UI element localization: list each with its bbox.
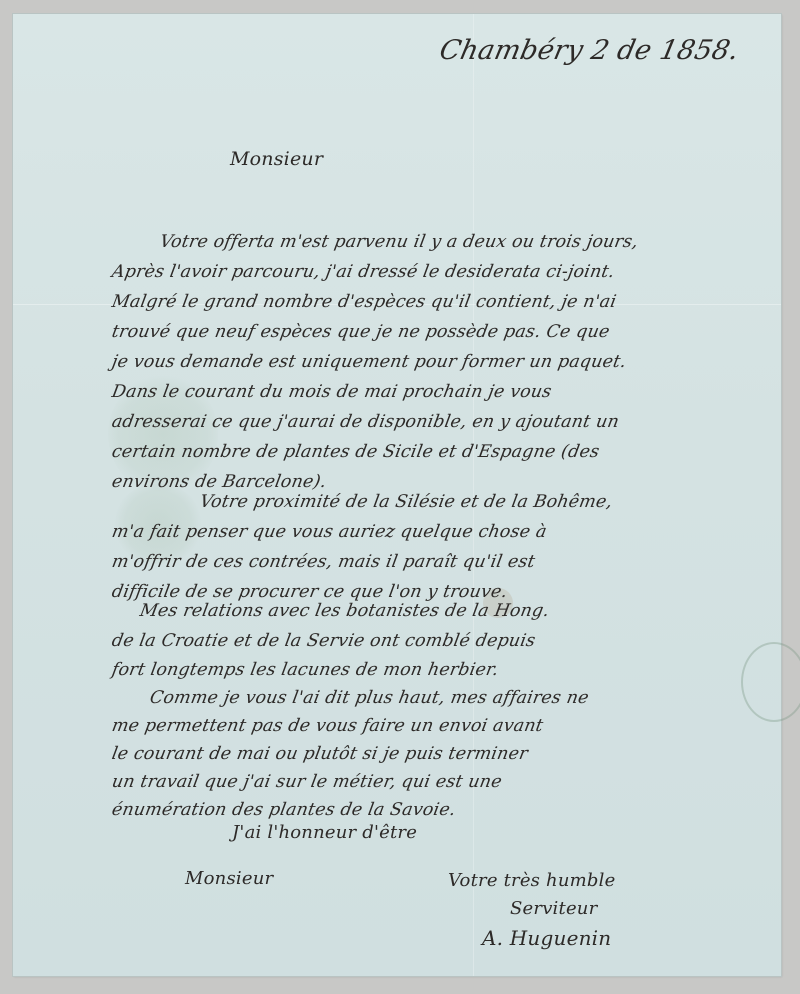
body-line: Malgré le grand nombre d'espèces qu'il c…: [110, 292, 618, 312]
body-line: Comme je vous l'ai dit plus haut, mes af…: [148, 688, 590, 708]
body-line: trouvé que neuf espèces que je ne possèd…: [110, 322, 611, 342]
body-line: Après l'avoir parcouru, j'ai dressé le d…: [110, 262, 616, 282]
body-line: environs de Barcelone).: [110, 472, 328, 492]
body-line: Mes relations avec les botanistes de la …: [138, 601, 551, 621]
closing-address: Monsieur: [185, 868, 273, 889]
valediction: Votre très humble: [448, 870, 615, 891]
signature: A. Huguenin: [482, 926, 611, 950]
salutation: Monsieur: [230, 148, 323, 170]
body-line: de la Croatie et de la Servie ont comblé…: [110, 631, 537, 651]
body-line: m'offrir de ces contrées, mais il paraît…: [110, 552, 536, 572]
valediction-servant: Serviteur: [510, 898, 597, 919]
body-line: je vous demande est uniquement pour form…: [110, 352, 628, 372]
body-line: le courant de mai ou plutôt si je puis t…: [110, 744, 529, 764]
body-line: m'a fait penser que vous auriez quelque …: [110, 522, 548, 542]
body-line: Votre offerta m'est parvenu il y a deux …: [158, 232, 639, 252]
dateline: Chambéry 2 de 1858.: [437, 35, 742, 66]
body-line: un travail que j'ai sur le métier, qui e…: [110, 772, 503, 792]
body-line: énumération des plantes de la Savoie.: [110, 800, 457, 820]
body-line: adresserai ce que j'aurai de disponible,…: [110, 412, 620, 432]
body-line: fort longtemps les lacunes de mon herbie…: [110, 660, 500, 680]
postmark-stamp-right: [741, 642, 800, 722]
body-line: difficile de se procurer ce que l'on y t…: [110, 582, 509, 602]
body-line: certain nombre de plantes de Sicile et d…: [110, 442, 601, 462]
body-line: Dans le courant du mois de mai prochain …: [110, 382, 553, 402]
closing-line: J'ai l'honneur d'être: [232, 822, 417, 843]
body-line: me permettent pas de vous faire un envoi…: [110, 716, 544, 736]
body-line: Votre proximité de la Silésie et de la B…: [198, 492, 614, 512]
